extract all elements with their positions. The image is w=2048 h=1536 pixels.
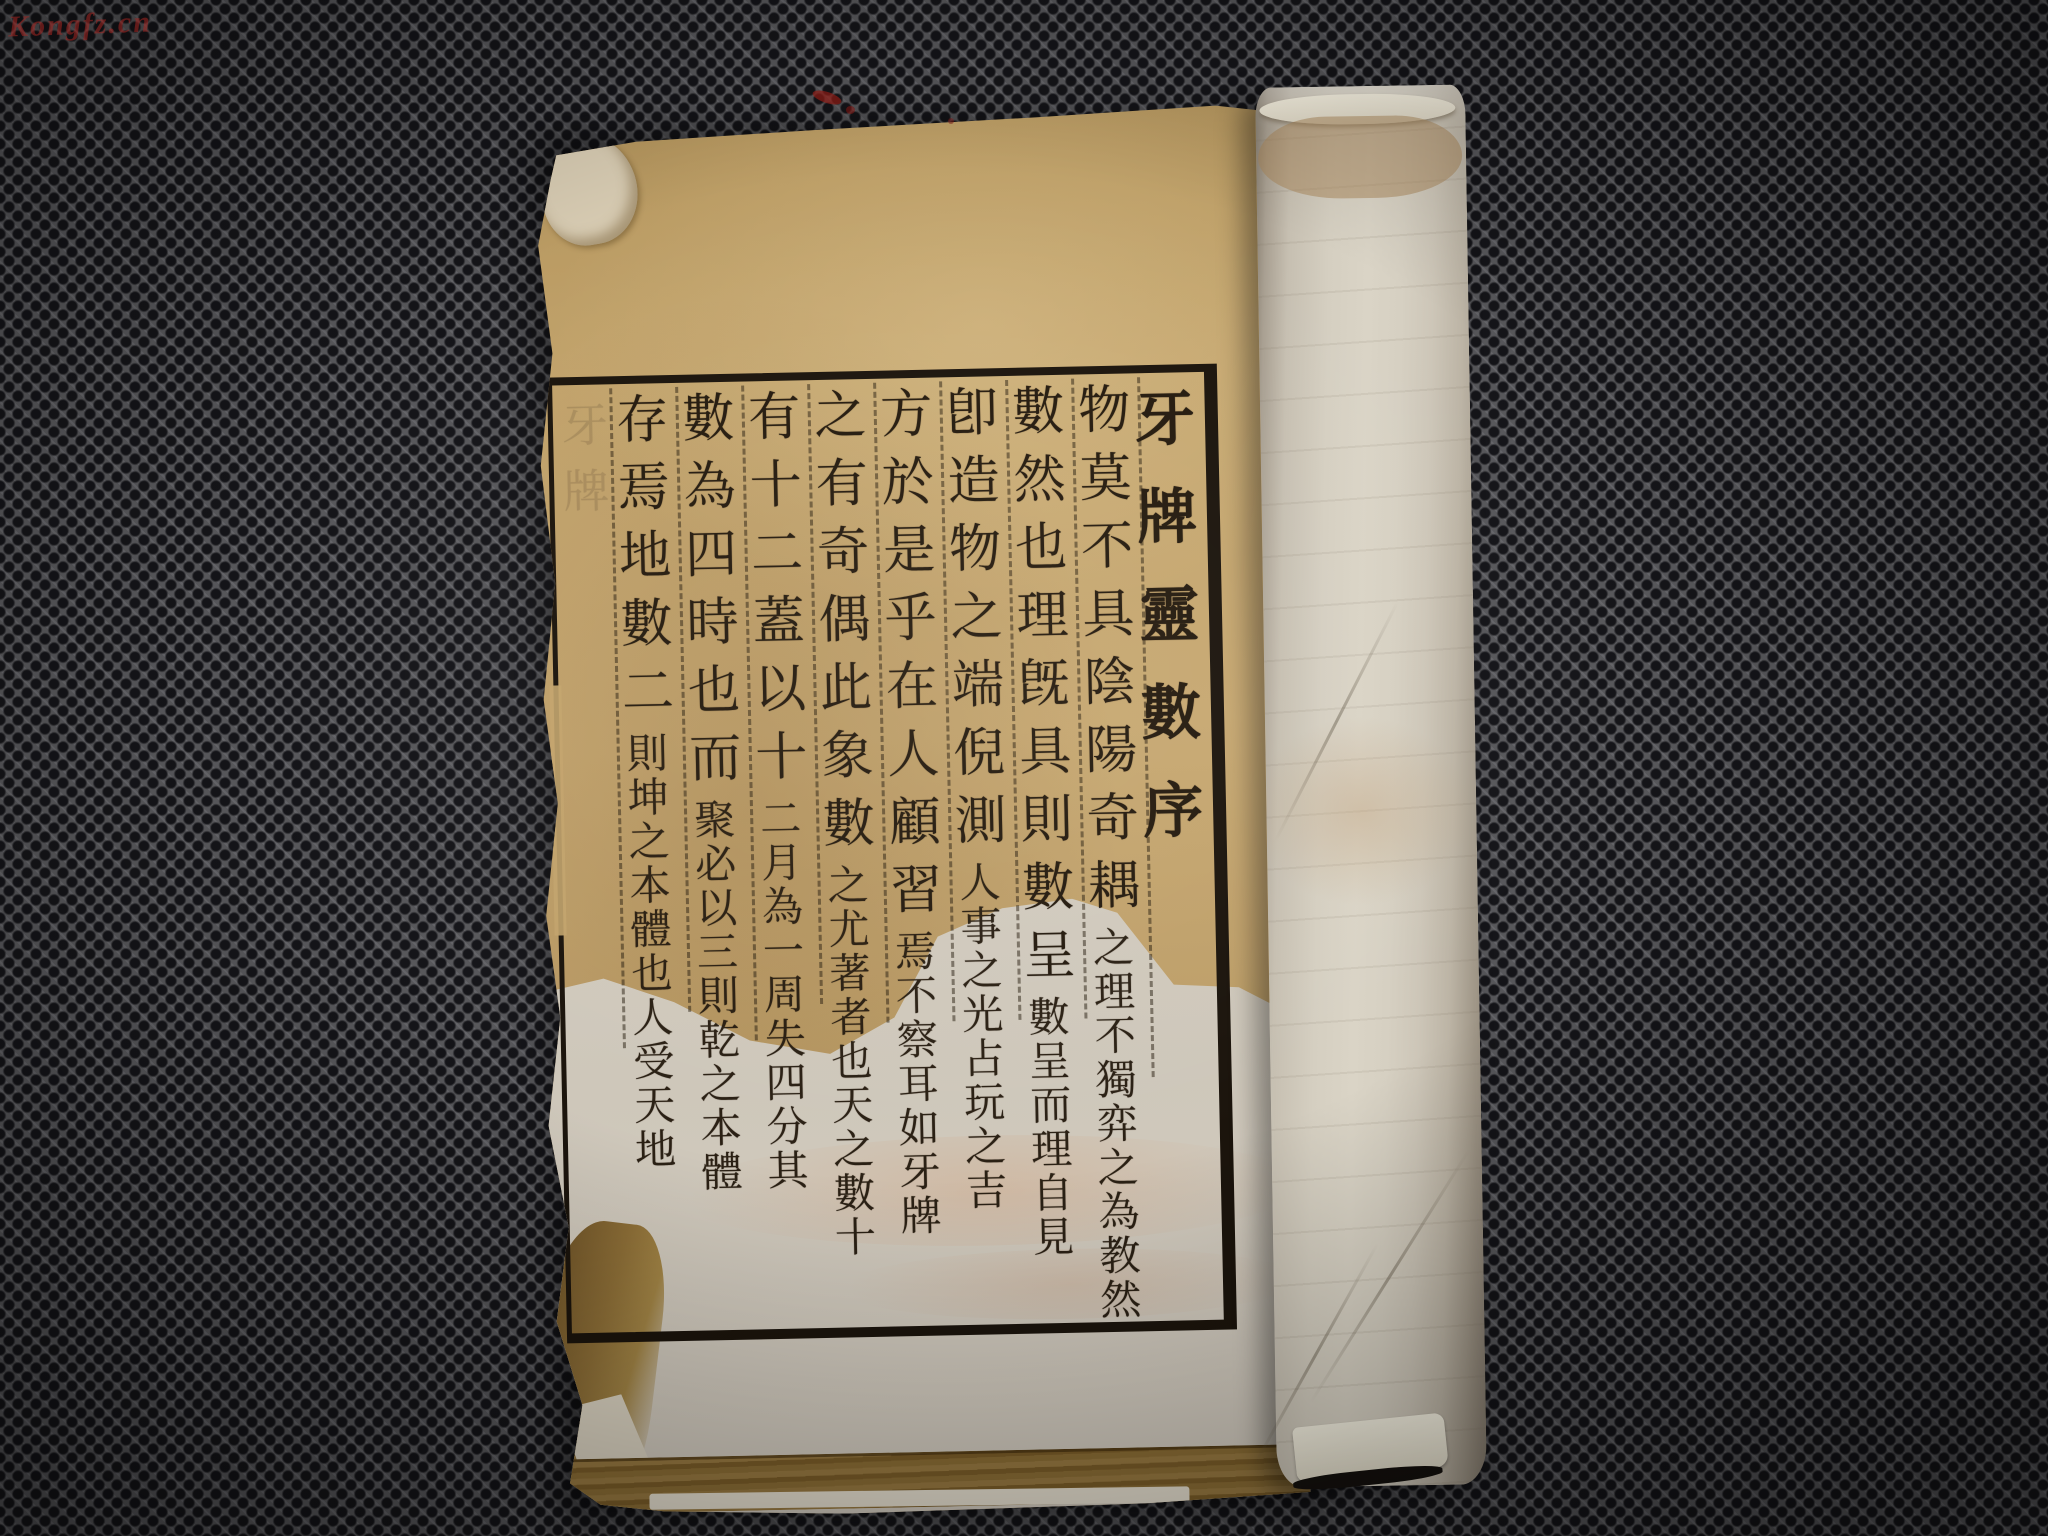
photo-scene: Kongfz.cn 牙牌靈數序 物莫不具陰陽奇耦之理不獨弈之為教然 數然也理旣具 — [0, 0, 2048, 1536]
printed-text: 數為四時也而 — [672, 390, 741, 799]
roll-stain-mid — [1265, 704, 1478, 917]
handwritten-text: 則坤之本體也人受天地 — [619, 731, 676, 1172]
handwritten-text: 之理不獨弈之為教然 — [1086, 925, 1142, 1322]
handwritten-text: 二月為一周失四分其 — [753, 796, 809, 1193]
handwritten-text: 數呈而理自見 — [1021, 995, 1075, 1260]
column-title: 牙牌靈數序 — [1142, 386, 1212, 877]
printed-text: 有十二蓋以十 — [738, 388, 807, 797]
red-speck — [948, 118, 954, 124]
handwritten-text: 人事之光占玩之吉 — [952, 860, 1007, 1213]
faded-fold-column: 牙牌 — [554, 400, 617, 533]
red-speck — [846, 106, 855, 114]
handwritten-text: 焉不察耳如牙牌 — [888, 930, 942, 1239]
printed-text: 存焉地數二 — [606, 391, 673, 732]
watermark: Kongfz.cn — [7, 6, 152, 45]
handwritten-text: 之尤著者也天之數十 — [820, 863, 876, 1260]
roll-crease — [1309, 1148, 1471, 1404]
red-speck — [811, 88, 843, 108]
rolled-paper — [1255, 84, 1487, 1487]
antique-book: 牙牌靈數序 物莫不具陰陽奇耦之理不獨弈之為教然 數然也理旣具則數呈數呈而理自見 … — [515, 94, 1316, 1520]
text-frame: 牙牌靈數序 物莫不具陰陽奇耦之理不獨弈之為教然 數然也理旣具則數呈數呈而理自見 … — [547, 364, 1237, 1344]
roll-stain-top — [1257, 114, 1462, 199]
handwritten-text: 聚必以三則乾之本體 — [687, 798, 743, 1195]
